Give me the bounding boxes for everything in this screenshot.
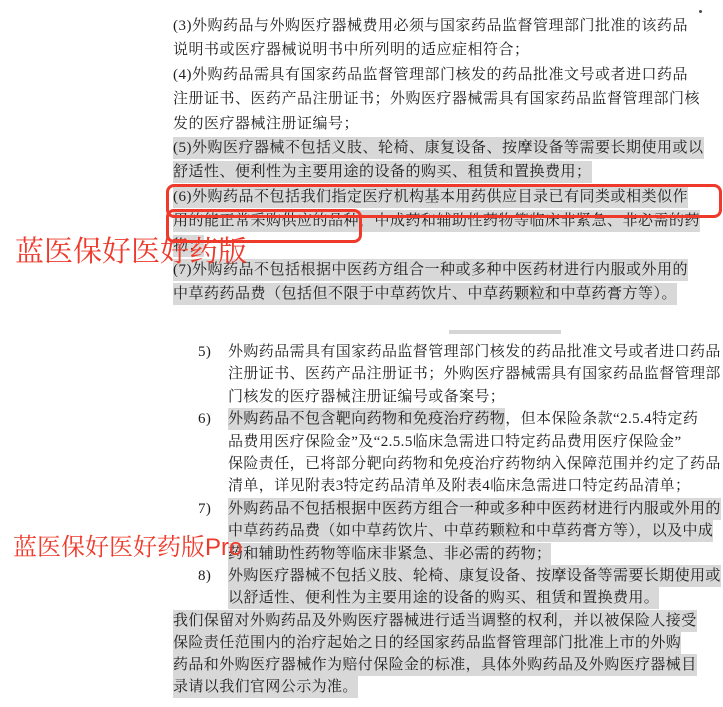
clause-block-primary: (3)外购药品与外购医疗器械费用必须与国家药品监督管理部门批准的该药品说明书或医… [173,14,721,307]
list-item-number: 6) [198,408,211,430]
text-line: 保险责任范围内的治疗起始之日的经国家药品监督管理部门批准上市的外购 [173,632,721,654]
text-segment: 药品和外购医疗器械作为赔付保险金的标准，具体外购药品及外购医疗器械目 [173,654,697,676]
text-line: 注册证书、医药产品注册证书；外购医疗器械需具有国家药品监督管理部门核 [173,87,721,111]
text-line: 6)外购药品不包含靶向药物和免疫治疗药物，但本保险条款“2.5.4特定药 [173,408,721,430]
text-segment: 发的医疗器械注册证编号； [173,116,359,132]
text-line: 录请以我们官网公示为准。 [173,676,721,698]
text-line: 发的医疗器械注册证编号； [173,112,721,136]
text-segment: 注册证书、医药产品注册证书；外购医疗器械需具有国家药品监督管理部 [228,366,721,382]
text-line: 门核发的医疗器械注册证编号或备案号； [173,386,721,408]
text-segment: 舒适性、便利性为主要用途的设备的购买、租赁和置换费用； [173,161,592,183]
text-line: 我们保留对外购药品及外购医疗器械进行适当调整的权利，并以被保险人接受 [173,610,721,632]
text-segment: (5)外购医疗器械不包括义肢、轮椅、康复设备、按摩设备等需要长期使用或以 [173,137,704,159]
text-line: 注册证书、医药产品注册证书；外购医疗器械需具有国家药品监督管理部 [173,363,721,385]
text-segment: 外购药品不包含靶向药物和免疫治疗药物 [228,408,505,430]
text-line: 品费用医疗保险金”及“2.5.5临床急需进口特定药品费用医疗保险金” [173,431,721,453]
text-line: (5)外购医疗器械不包括义肢、轮椅、康复设备、按摩设备等需要长期使用或以 [173,136,721,160]
text-line: (7)外购药品不包括根据中医药方组合一种或多种中医药材进行内服或外用的 [173,258,721,282]
text-segment: 保险责任，已将部分靶向药物和免疫治疗药物纳入保障范围并约定了药品 [228,456,721,472]
text-line: (6)外购药品不包括我们指定医疗机构基本用药供应目录已有同类或相类似作 [173,185,721,209]
text-segment: (4)外购药品需具有国家药品监督管理部门核发的药品批准文号或者进口药品 [173,67,688,83]
text-line: (3)外购药品与外购医疗器械费用必须与国家药品监督管理部门批准的该药品 [173,14,721,38]
list-item-number: 8) [198,565,211,587]
text-line: (4)外购药品需具有国家药品监督管理部门核发的药品批准文号或者进口药品 [173,63,721,87]
text-line: 8)外购医疗器械不包括义肢、轮椅、康复设备、按摩设备等需要长期使用或 [173,565,721,587]
text-segment: 以舒适性、便利性为主要用途的设备的购买、租赁和置换费用。 [228,587,659,609]
text-line: 舒适性、便利性为主要用途的设备的购买、租赁和置换费用； [173,160,721,184]
text-segment: 我们保留对外购药品及外购医疗器械进行适当调整的权利，并以被保险人接受 [173,610,697,632]
text-segment: 用的能正常采购供应的品种，中成药和辅助性药物等临床非紧急、非必需的药 [173,210,700,232]
text-segment: 外购医疗器械不包括义肢、轮椅、康复设备、按摩设备等需要长期使用或 [228,565,721,587]
annotation-label-top: 蓝医保好医好药版 [15,236,247,269]
text-segment: 保险责任范围内的治疗起始之日的经国家药品监督管理部门批准上市的外购 [173,632,681,654]
text-line: 以舒适性、便利性为主要用途的设备的购买、租赁和置换费用。 [173,587,721,609]
text-line: 用的能正常采购供应的品种，中成药和辅助性药物等临床非紧急、非必需的药 [173,209,721,233]
list-item-number: 7) [198,498,211,520]
stray-highlight-mark [449,330,561,334]
document-page: (3)外购药品与外购医疗器械费用必须与国家药品监督管理部门批准的该药品说明书或医… [0,0,723,707]
text-line: 中草药药品费（包括但不限于中草药饮片、中草药颗粒和中草药膏方等）。 [173,282,721,306]
text-segment: 说明书或医疗器械说明书中所列明的适应症相符合； [173,42,530,58]
text-segment: ，但本保险条款“2.5.4特定药 [505,411,698,427]
text-line: 保险责任，已将部分靶向药物和免疫治疗药物纳入保障范围并约定了药品 [173,453,721,475]
text-line: 清单，详见附表3特定药品清单及附表4临床急需进口特定药品清单； [173,475,721,497]
text-segment: 中草药药品费（包括但不限于中草药饮片、中草药颗粒和中草药膏方等）。 [173,283,677,305]
text-line: 说明书或医疗器械说明书中所列明的适应症相符合； [173,38,721,62]
text-segment: 门核发的医疗器械注册证编号或备案号； [228,389,505,405]
list-item-number: 5) [198,341,211,363]
annotation-label-bottom: 蓝医保好医好药版Pro [13,534,242,562]
text-line: 药品和外购医疗器械作为赔付保险金的标准，具体外购药品及外购医疗器械目 [173,654,721,676]
text-segment: 药和辅助性药物等临床非紧急、非必需的药物； [228,543,551,565]
text-segment: (7)外购药品不包括根据中医药方组合一种或多种中医药材进行内服或外用的 [173,259,688,281]
text-segment: 品费用医疗保险金”及“2.5.5临床急需进口特定药品费用医疗保险金” [228,434,682,450]
text-segment: (3)外购药品与外购医疗器械费用必须与国家药品监督管理部门批准的该药品 [173,18,688,34]
text-segment: 录请以我们官网公示为准。 [173,676,358,698]
clause-block-pro: 5)外购药品需具有国家药品监督管理部门核发的药品批准文号或者进口药品注册证书、医… [173,341,721,698]
text-line: 物； [173,234,721,258]
text-line: 7)外购药品不包括根据中医药方组合一种或多种中医药材进行内服或外用的 [173,498,721,520]
page-corner-mark [699,10,702,13]
text-segment: 外购药品不包括根据中医药方组合一种或多种中医药材进行内服或外用的 [228,498,721,520]
text-line: 中草药药品费（如中草药饮片、中草药颗粒和中草药膏方等），以及中成 [173,520,721,542]
text-segment: (6)外购药品不包括我们指定医疗机构基本用药供应目录已有同类或相类似作 [173,186,688,208]
text-segment: 注册证书、医药产品注册证书；外购医疗器械需具有国家药品监督管理部门核 [173,91,700,107]
text-segment: 外购药品需具有国家药品监督管理部门核发的药品批准文号或者进口药品 [228,344,721,360]
text-line: 5)外购药品需具有国家药品监督管理部门核发的药品批准文号或者进口药品 [173,341,721,363]
text-line: 药和辅助性药物等临床非紧急、非必需的药物； [173,543,721,565]
text-segment: 清单，详见附表3特定药品清单及附表4临床急需进口特定药品清单； [228,478,690,494]
text-segment: 中草药药品费（如中草药饮片、中草药颗粒和中草药膏方等），以及中成 [228,520,713,542]
